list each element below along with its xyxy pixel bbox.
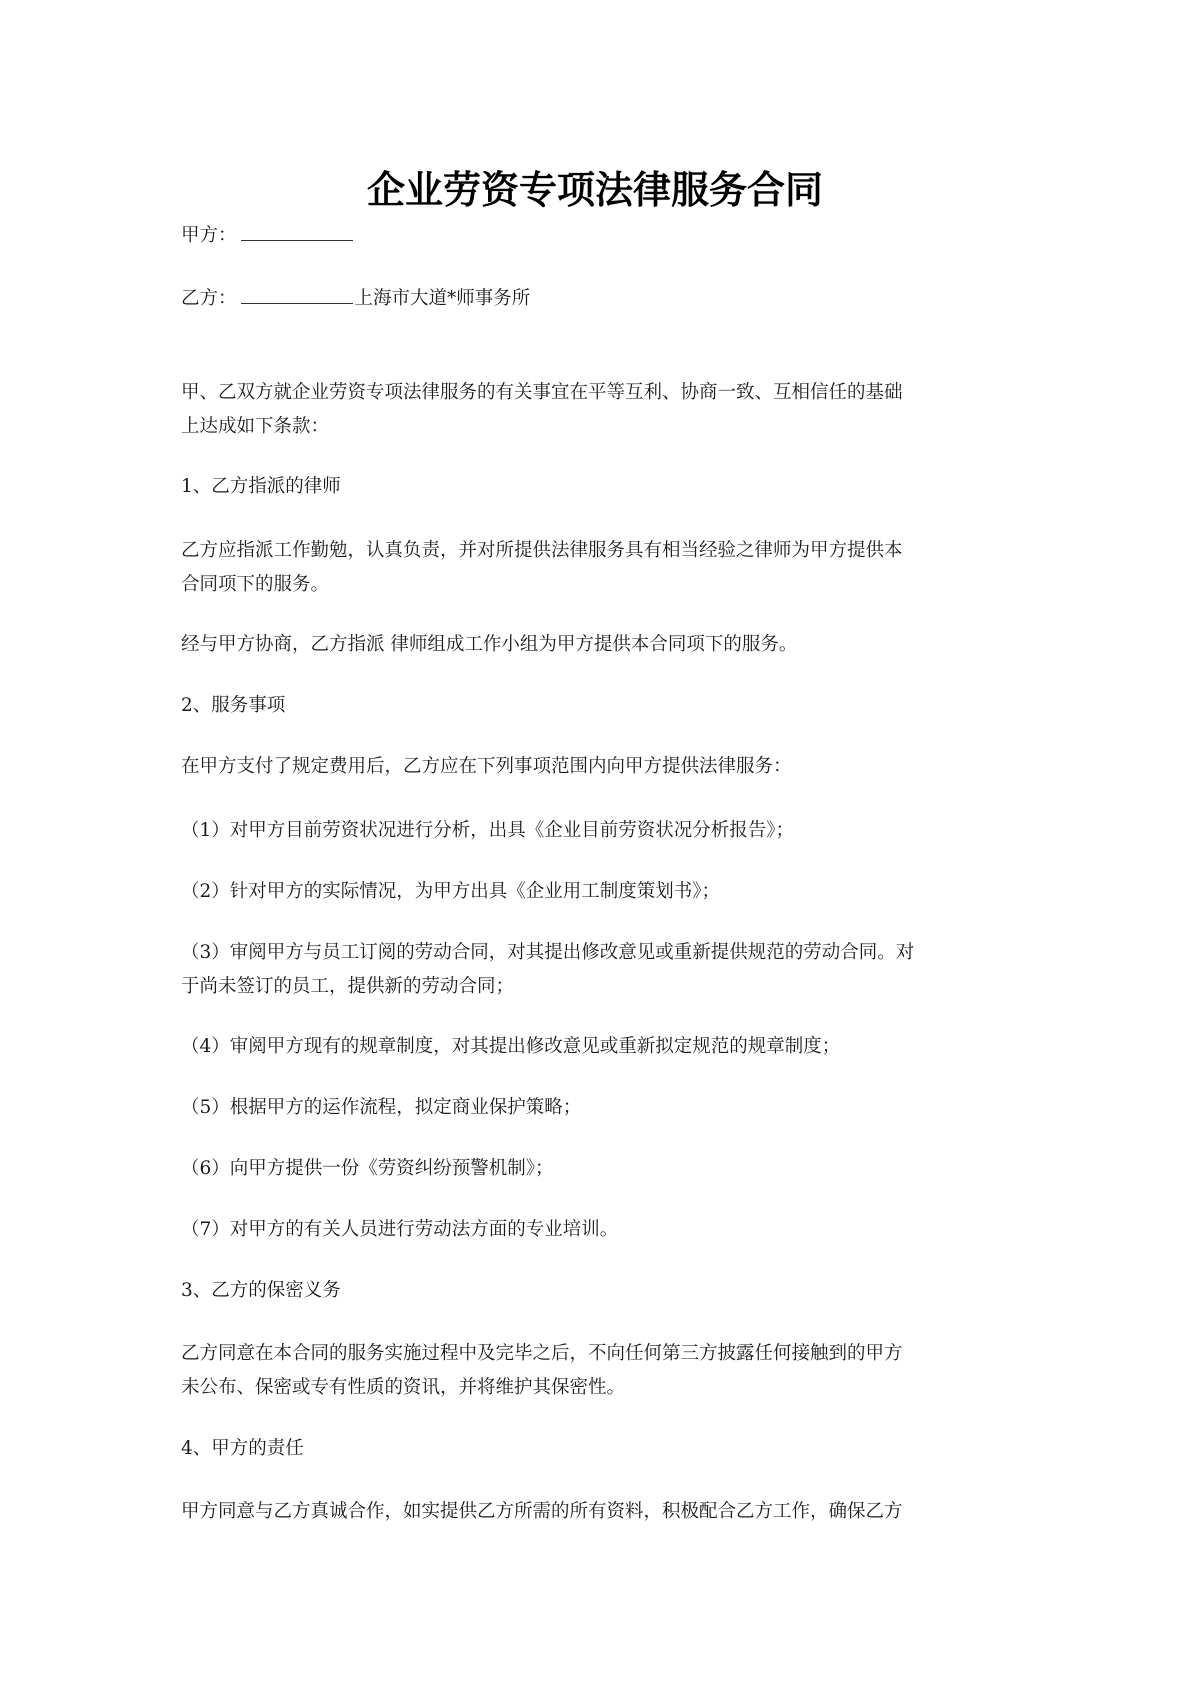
party-b-value: 上海市大道*师事务所 — [355, 288, 531, 309]
service-item-7: （7）对甲方的有关人员进行劳动法方面的专业培训。 — [181, 1213, 1021, 1247]
section-4-heading: 4、甲方的责任 — [181, 1432, 1021, 1466]
party-a-blank — [241, 226, 353, 241]
section-2-heading: 2、服务事项 — [181, 689, 1021, 723]
party-b-blank — [241, 289, 353, 304]
document-page: 企业劳资专项法律服务合同 甲方： 乙方：上海市大道*师事务所 甲、乙双方就企业劳… — [0, 0, 1190, 1683]
service-item-4: （4）审阅甲方现有的规章制度，对其提出修改意见或重新拟定规范的规章制度； — [181, 1030, 1021, 1064]
party-a-line: 甲方： — [181, 219, 1021, 253]
document-title: 企业劳资专项法律服务合同 — [0, 166, 1190, 214]
service-item-1: （1）对甲方目前劳资状况进行分析，出具《企业目前劳资状况分析报告》； — [181, 814, 1021, 848]
intro-line-1: 甲、乙双方就企业劳资专项法律服务的有关事宜在平等互利、协商一致、互相信任的基础 — [181, 376, 1021, 410]
service-item-2: （2）针对甲方的实际情况，为甲方出具《企业用工制度策划书》； — [181, 875, 1021, 909]
intro-line-2: 上达成如下条款： — [181, 410, 1021, 444]
section-3-heading: 3、乙方的保密义务 — [181, 1274, 1021, 1308]
service-item-3-line-2: 于尚未签订的员工，提供新的劳动合同； — [181, 970, 1021, 1004]
party-b-label: 乙方： — [181, 288, 237, 309]
section-1-para-1-line-2: 合同项下的服务。 — [181, 568, 1021, 602]
section-3-para-line-1: 乙方同意在本合同的服务实施过程中及完毕之后，不向任何第三方披露任何接触到的甲方 — [181, 1337, 1021, 1371]
section-3-para-line-2: 未公布、保密或专有性质的资讯，并将维护其保密性。 — [181, 1371, 1021, 1405]
section-1-para-1-line-1: 乙方应指派工作勤勉，认真负责，并对所提供法律服务具有相当经验之律师为甲方提供本 — [181, 534, 1021, 568]
service-item-5: （5）根据甲方的运作流程，拟定商业保护策略； — [181, 1091, 1021, 1125]
party-a-label: 甲方： — [181, 225, 237, 246]
section-1-para-2: 经与甲方协商，乙方指派 律师组成工作小组为甲方提供本合同项下的服务。 — [181, 628, 1021, 662]
service-item-3-line-1: （3）审阅甲方与员工订阅的劳动合同，对其提出修改意见或重新提供规范的劳动合同。对 — [181, 936, 1021, 970]
service-item-6: （6）向甲方提供一份《劳资纠纷预警机制》； — [181, 1152, 1021, 1186]
section-4-para-line-1: 甲方同意与乙方真诚合作，如实提供乙方所需的所有资料，积极配合乙方工作，确保乙方 — [181, 1495, 1021, 1529]
section-1-heading: 1、乙方指派的律师 — [181, 470, 1021, 504]
section-2-intro: 在甲方支付了规定费用后，乙方应在下列事项范围内向甲方提供法律服务： — [181, 750, 1021, 784]
party-b-line: 乙方：上海市大道*师事务所 — [181, 282, 1021, 316]
